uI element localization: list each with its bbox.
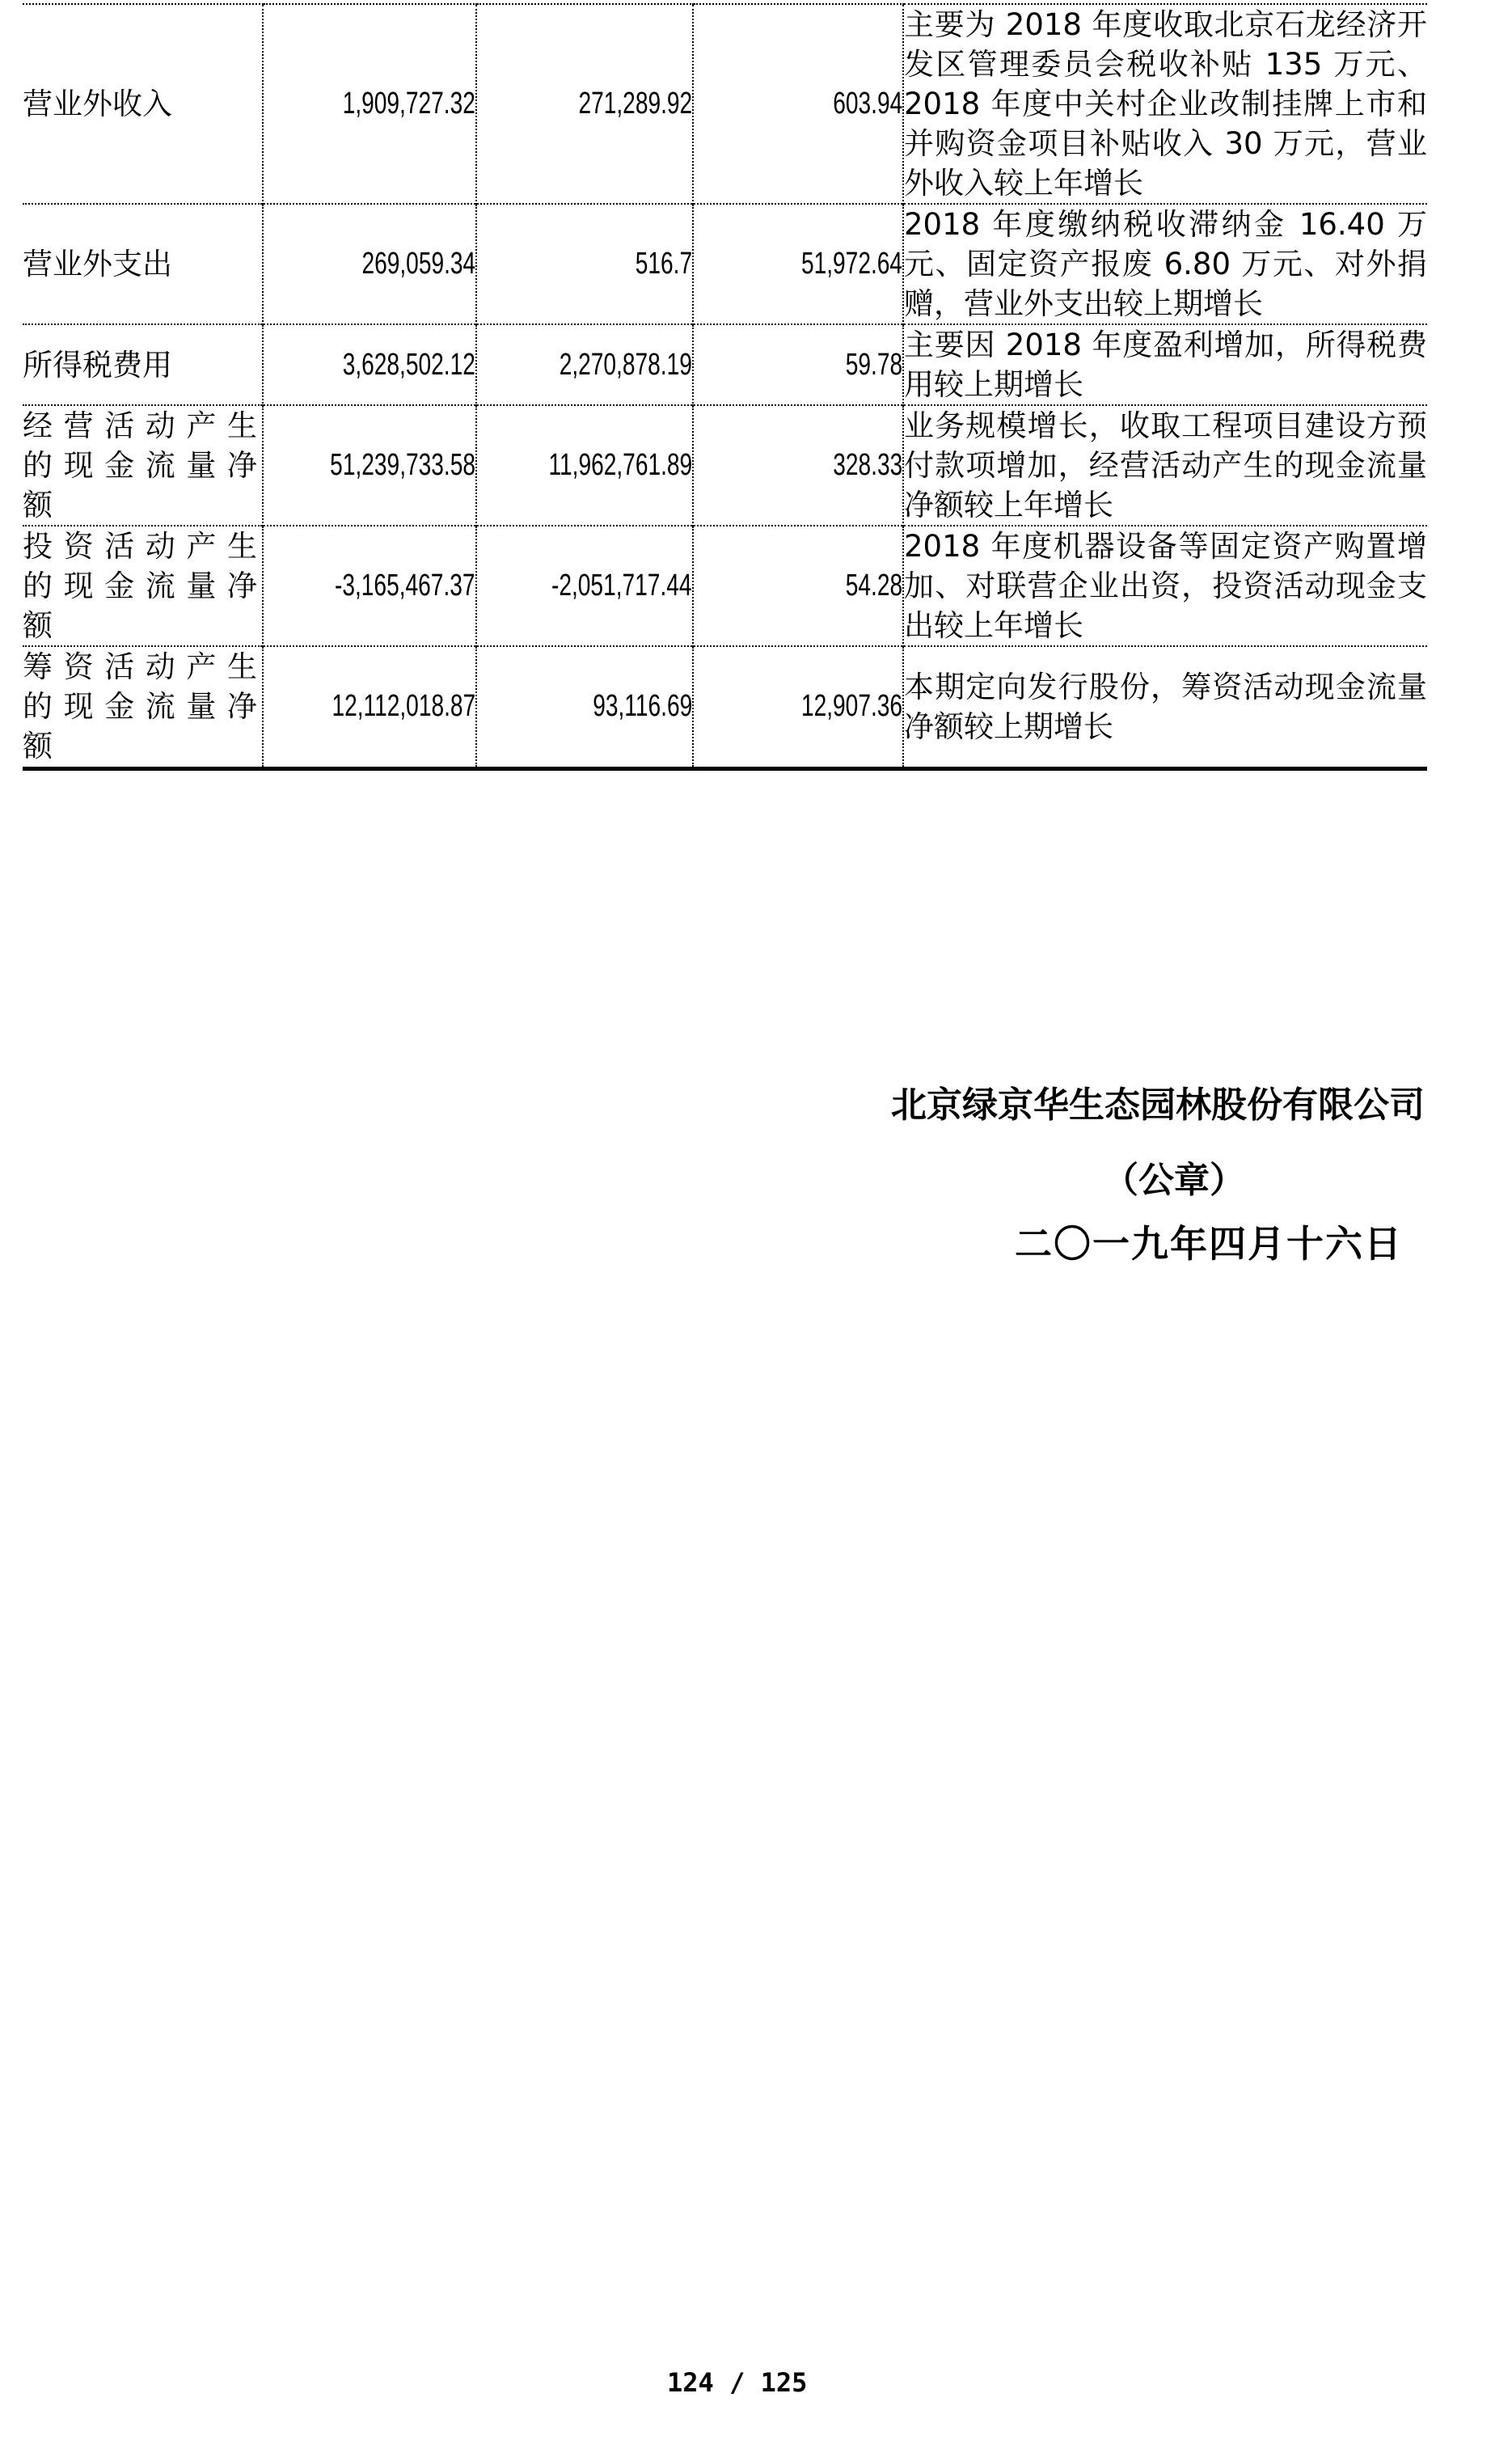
company-name: 北京绿京华生态园林股份有限公司 [891,1076,1425,1127]
change-percentage: 59.78 [693,324,903,405]
change-reason: 2018 年度机器设备等固定资产购置增加、对联营企业出资，投资活动现金支出较上年… [903,526,1427,646]
row-item-label: 经营活动产生的现金流量净额 [23,405,263,526]
change-percentage: 51,972.64 [693,204,903,324]
current-period-value: 269,059.34 [263,204,476,324]
company-seal-label: （公章） [1103,1151,1216,1203]
previous-period-value: 516.7 [476,204,693,324]
financial-change-table: 营业外收入 1,909,727.32 271,289.92 603.94 主要为… [23,3,1427,771]
table-row: 经营活动产生的现金流量净额 51,239,733.58 11,962,761.8… [23,405,1427,526]
change-percentage: 54.28 [693,526,903,646]
table-row: 营业外支出 269,059.34 516.7 51,972.64 2018 年度… [23,204,1427,324]
table-row: 投资活动产生的现金流量净额 -3,165,467.37 -2,051,717.4… [23,526,1427,646]
previous-period-value: 2,270,878.19 [476,324,693,405]
previous-period-value: 271,289.92 [476,4,693,204]
change-percentage: 328.33 [693,405,903,526]
change-reason: 业务规模增长，收取工程项目建设方预付款项增加，经营活动产生的现金流量净额较上年增… [903,405,1427,526]
row-item-label: 营业外支出 [23,204,263,324]
row-item-label: 营业外收入 [23,4,263,204]
change-reason: 主要为 2018 年度收取北京石龙经济开发区管理委员会税收补贴 135 万元、2… [903,4,1427,204]
table-row: 所得税费用 3,628,502.12 2,270,878.19 59.78 主要… [23,324,1427,405]
table-row: 营业外收入 1,909,727.32 271,289.92 603.94 主要为… [23,4,1427,204]
current-period-value: 1,909,727.32 [263,4,476,204]
current-period-value: 12,112,018.87 [263,646,476,768]
signature-date: 二〇一九年四月十六日 [1015,1215,1403,1268]
page-number: 124 / 125 [667,2367,800,2398]
table-row: 筹资活动产生的现金流量净额 12,112,018.87 93,116.69 12… [23,646,1427,768]
change-reason: 本期定向发行股份，筹资活动现金流量净额较上期增长 [903,646,1427,768]
row-item-label: 投资活动产生的现金流量净额 [23,526,263,646]
change-percentage: 12,907.36 [693,646,903,768]
change-reason: 2018 年度缴纳税收滞纳金 16.40 万元、固定资产报废 6.80 万元、对… [903,204,1427,324]
previous-period-value: 11,962,761.89 [476,405,693,526]
current-period-value: -3,165,467.37 [263,526,476,646]
previous-period-value: -2,051,717.44 [476,526,693,646]
row-item-label: 所得税费用 [23,324,263,405]
row-item-label: 筹资活动产生的现金流量净额 [23,646,263,768]
current-period-value: 3,628,502.12 [263,324,476,405]
change-percentage: 603.94 [693,4,903,204]
previous-period-value: 93,116.69 [476,646,693,768]
current-period-value: 51,239,733.58 [263,405,476,526]
change-reason: 主要因 2018 年度盈利增加，所得税费用较上期增长 [903,324,1427,405]
